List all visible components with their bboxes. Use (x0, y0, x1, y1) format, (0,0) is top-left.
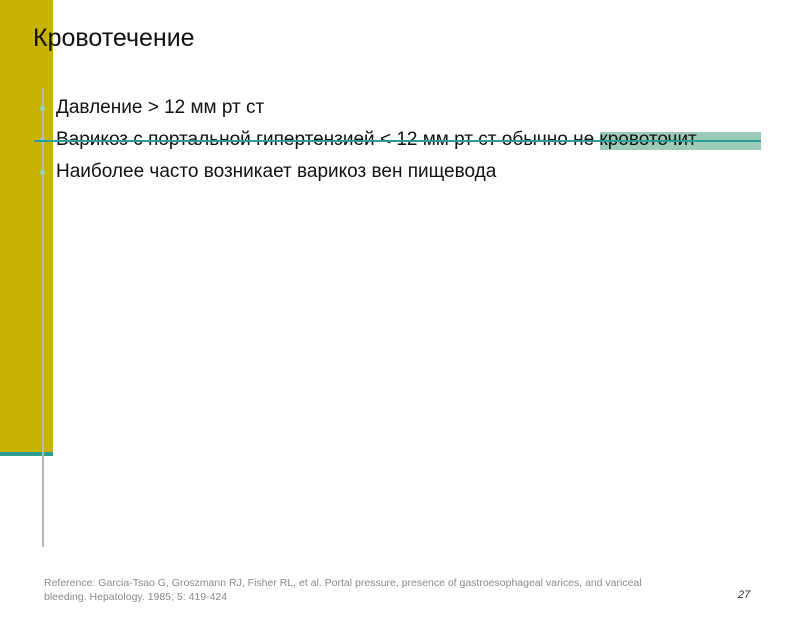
bullet-text: Давление > 12 мм рт ст (56, 97, 264, 118)
decorative-teal-stripe (0, 452, 53, 456)
bullet-list: Давление > 12 мм рт ст Варикоз с порталь… (56, 96, 756, 192)
bullet-dot-icon (40, 170, 45, 175)
slide-title: Кровотечение (33, 24, 195, 53)
decorative-teal-line (34, 140, 761, 142)
bullet-item: Наиболее часто возникает варикоз вен пищ… (56, 160, 756, 184)
decorative-gold-bar (0, 0, 53, 452)
bullet-item: Давление > 12 мм рт ст (56, 96, 756, 120)
decorative-vertical-rule (42, 88, 44, 547)
page-number: 27 (738, 589, 750, 601)
bullet-text: Наиболее часто возникает варикоз вен пищ… (56, 161, 496, 182)
reference-citation: Reference: Garcia-Tsao G, Groszmann RJ, … (44, 576, 644, 604)
bullet-dot-icon (40, 106, 45, 111)
